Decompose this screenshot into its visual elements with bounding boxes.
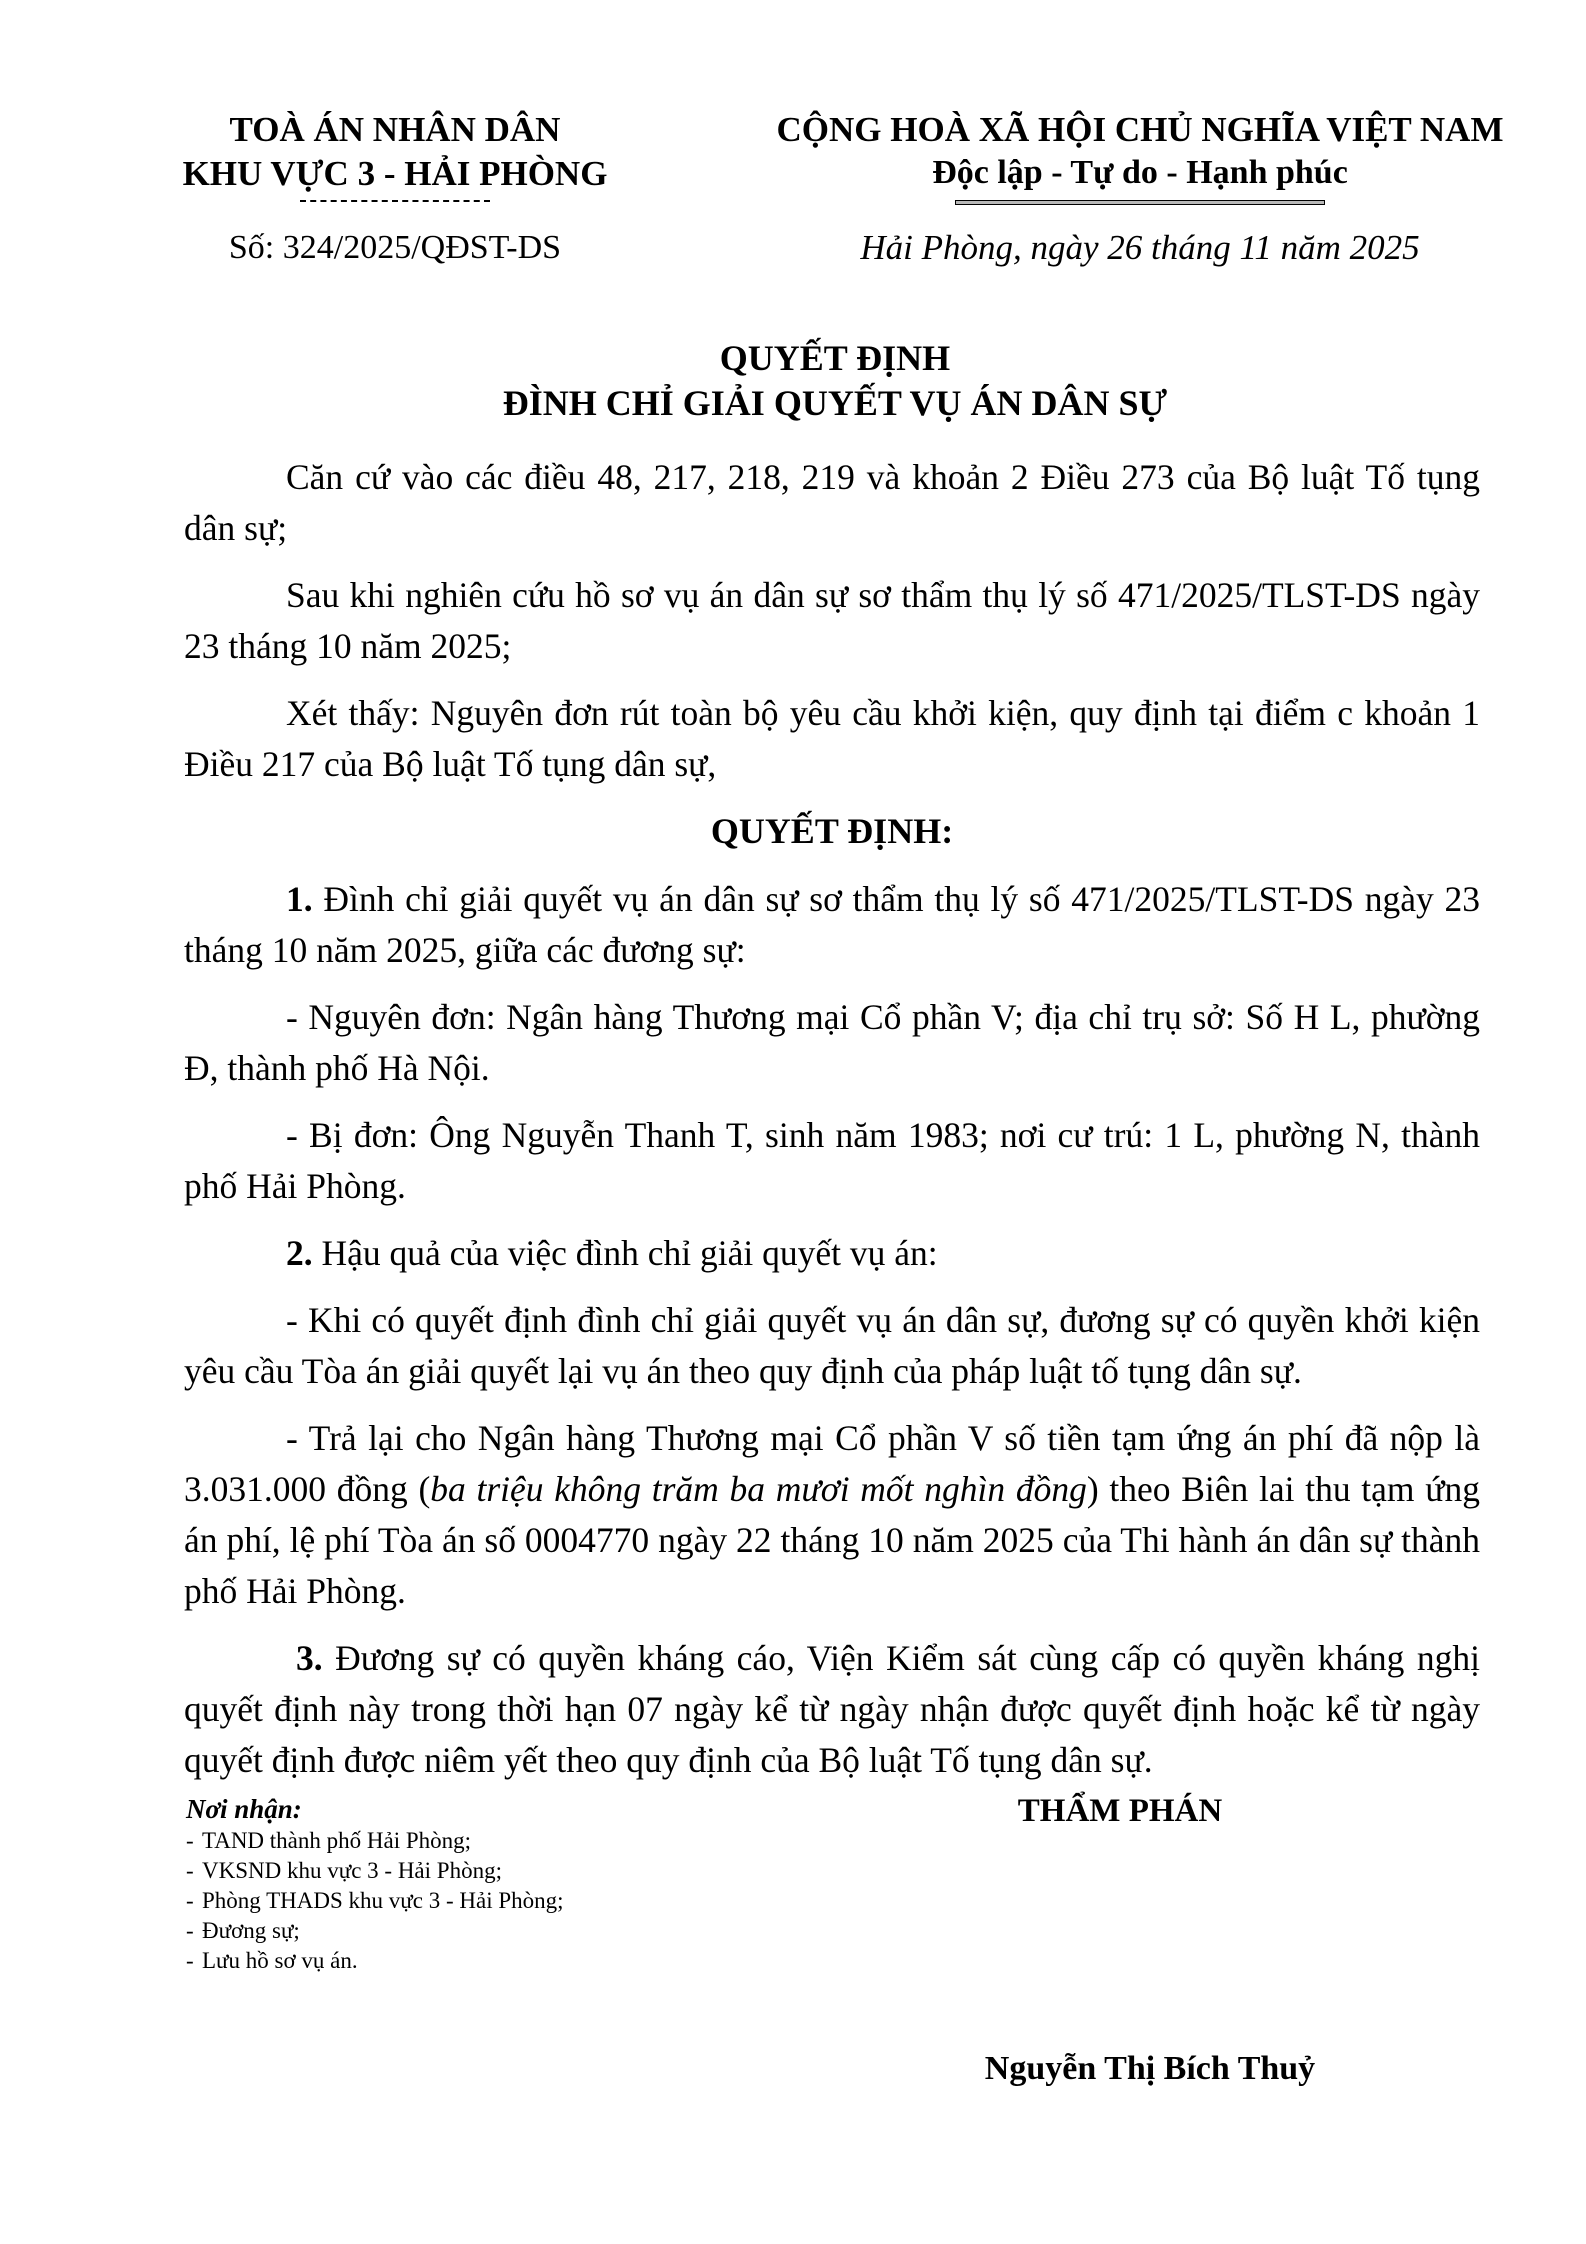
- decision-item-1: 1. Đình chỉ giải quyết vụ án dân sự sơ t…: [184, 874, 1480, 976]
- item-3-text: Đương sự có quyền kháng cáo, Viện Kiểm s…: [184, 1638, 1480, 1780]
- title-line-2: ĐÌNH CHỈ GIẢI QUYẾT VỤ ÁN DÂN SỰ: [190, 381, 1480, 426]
- preamble-case-review: Sau khi nghiên cứu hồ sơ vụ án dân sự sơ…: [184, 570, 1480, 672]
- recipient-item: -VKSND khu vực 3 - Hải Phòng;: [186, 1856, 806, 1886]
- court-header-separator: [300, 200, 490, 202]
- decision-heading: QUYẾT ĐỊNH:: [184, 806, 1480, 856]
- recipient-item: -TAND thành phố Hải Phòng;: [186, 1826, 806, 1856]
- recipients-block: Nơi nhận: -TAND thành phố Hải Phòng; -VK…: [186, 1792, 806, 1976]
- national-motto: Độc lập - Tự do - Hạnh phúc: [760, 152, 1520, 194]
- recipient-item: -Phòng THADS khu vực 3 - Hải Phòng;: [186, 1886, 806, 1916]
- place-and-date: Hải Phòng, ngày 26 tháng 11 năm 2025: [760, 228, 1520, 268]
- court-name: TOÀ ÁN NHÂN DÂN: [160, 108, 630, 152]
- defendant-info: - Bị đơn: Ông Nguyễn Thanh T, sinh năm 1…: [184, 1110, 1480, 1212]
- document-page: TOÀ ÁN NHÂN DÂN KHU VỰC 3 - HẢI PHÒNG CỘ…: [0, 0, 1586, 2244]
- preamble-legal-basis: Căn cứ vào các điều 48, 217, 218, 219 và…: [184, 452, 1480, 554]
- signer-name: Nguyễn Thị Bích Thuỷ: [900, 2048, 1400, 2090]
- court-header: TOÀ ÁN NHÂN DÂN KHU VỰC 3 - HẢI PHÒNG: [160, 108, 630, 202]
- motto-underline: [955, 200, 1325, 205]
- document-body: Căn cứ vào các điều 48, 217, 218, 219 và…: [184, 452, 1480, 1802]
- refund-amount-in-words: ba triệu không trăm ba mươi mốt nghìn đồ…: [430, 1469, 1087, 1509]
- item-3-number: 3.: [296, 1638, 323, 1678]
- item-2-number: 2.: [286, 1233, 313, 1273]
- item-2-text: Hậu quả của việc đình chỉ giải quyết vụ …: [313, 1233, 938, 1273]
- title-line-1: QUYẾT ĐỊNH: [190, 336, 1480, 381]
- consequence-text: - Khi có quyết định đình chỉ giải quyết …: [184, 1295, 1480, 1397]
- decision-item-3: 3. Đương sự có quyền kháng cáo, Viện Kiể…: [184, 1633, 1480, 1786]
- signer-role: THẨM PHÁN: [900, 1790, 1340, 1832]
- fee-refund-text: - Trả lại cho Ngân hàng Thương mại Cổ ph…: [184, 1413, 1480, 1617]
- document-number: Số: 324/2025/QĐST-DS: [160, 228, 630, 268]
- item-1-number: 1.: [286, 879, 313, 919]
- recipient-item: -Lưu hồ sơ vụ án.: [186, 1946, 806, 1976]
- decision-item-2: 2. Hậu quả của việc đình chỉ giải quyết …: [184, 1228, 1480, 1279]
- plaintiff-info: - Nguyên đơn: Ngân hàng Thương mại Cổ ph…: [184, 992, 1480, 1094]
- item-1-text: Đình chỉ giải quyết vụ án dân sự sơ thẩm…: [184, 879, 1480, 970]
- document-title: QUYẾT ĐỊNH ĐÌNH CHỈ GIẢI QUYẾT VỤ ÁN DÂN…: [190, 336, 1480, 426]
- preamble-finding: Xét thấy: Nguyên đơn rút toàn bộ yêu cầu…: [184, 688, 1480, 790]
- recipients-list: -TAND thành phố Hải Phòng; -VKSND khu vự…: [186, 1826, 806, 1976]
- recipient-item: -Đương sự;: [186, 1916, 806, 1946]
- national-header: CỘNG HOÀ XÃ HỘI CHỦ NGHĨA VIỆT NAM Độc l…: [760, 108, 1520, 205]
- recipients-title: Nơi nhận:: [186, 1792, 806, 1826]
- country-name: CỘNG HOÀ XÃ HỘI CHỦ NGHĨA VIỆT NAM: [760, 108, 1520, 152]
- court-region: KHU VỰC 3 - HẢI PHÒNG: [160, 152, 630, 196]
